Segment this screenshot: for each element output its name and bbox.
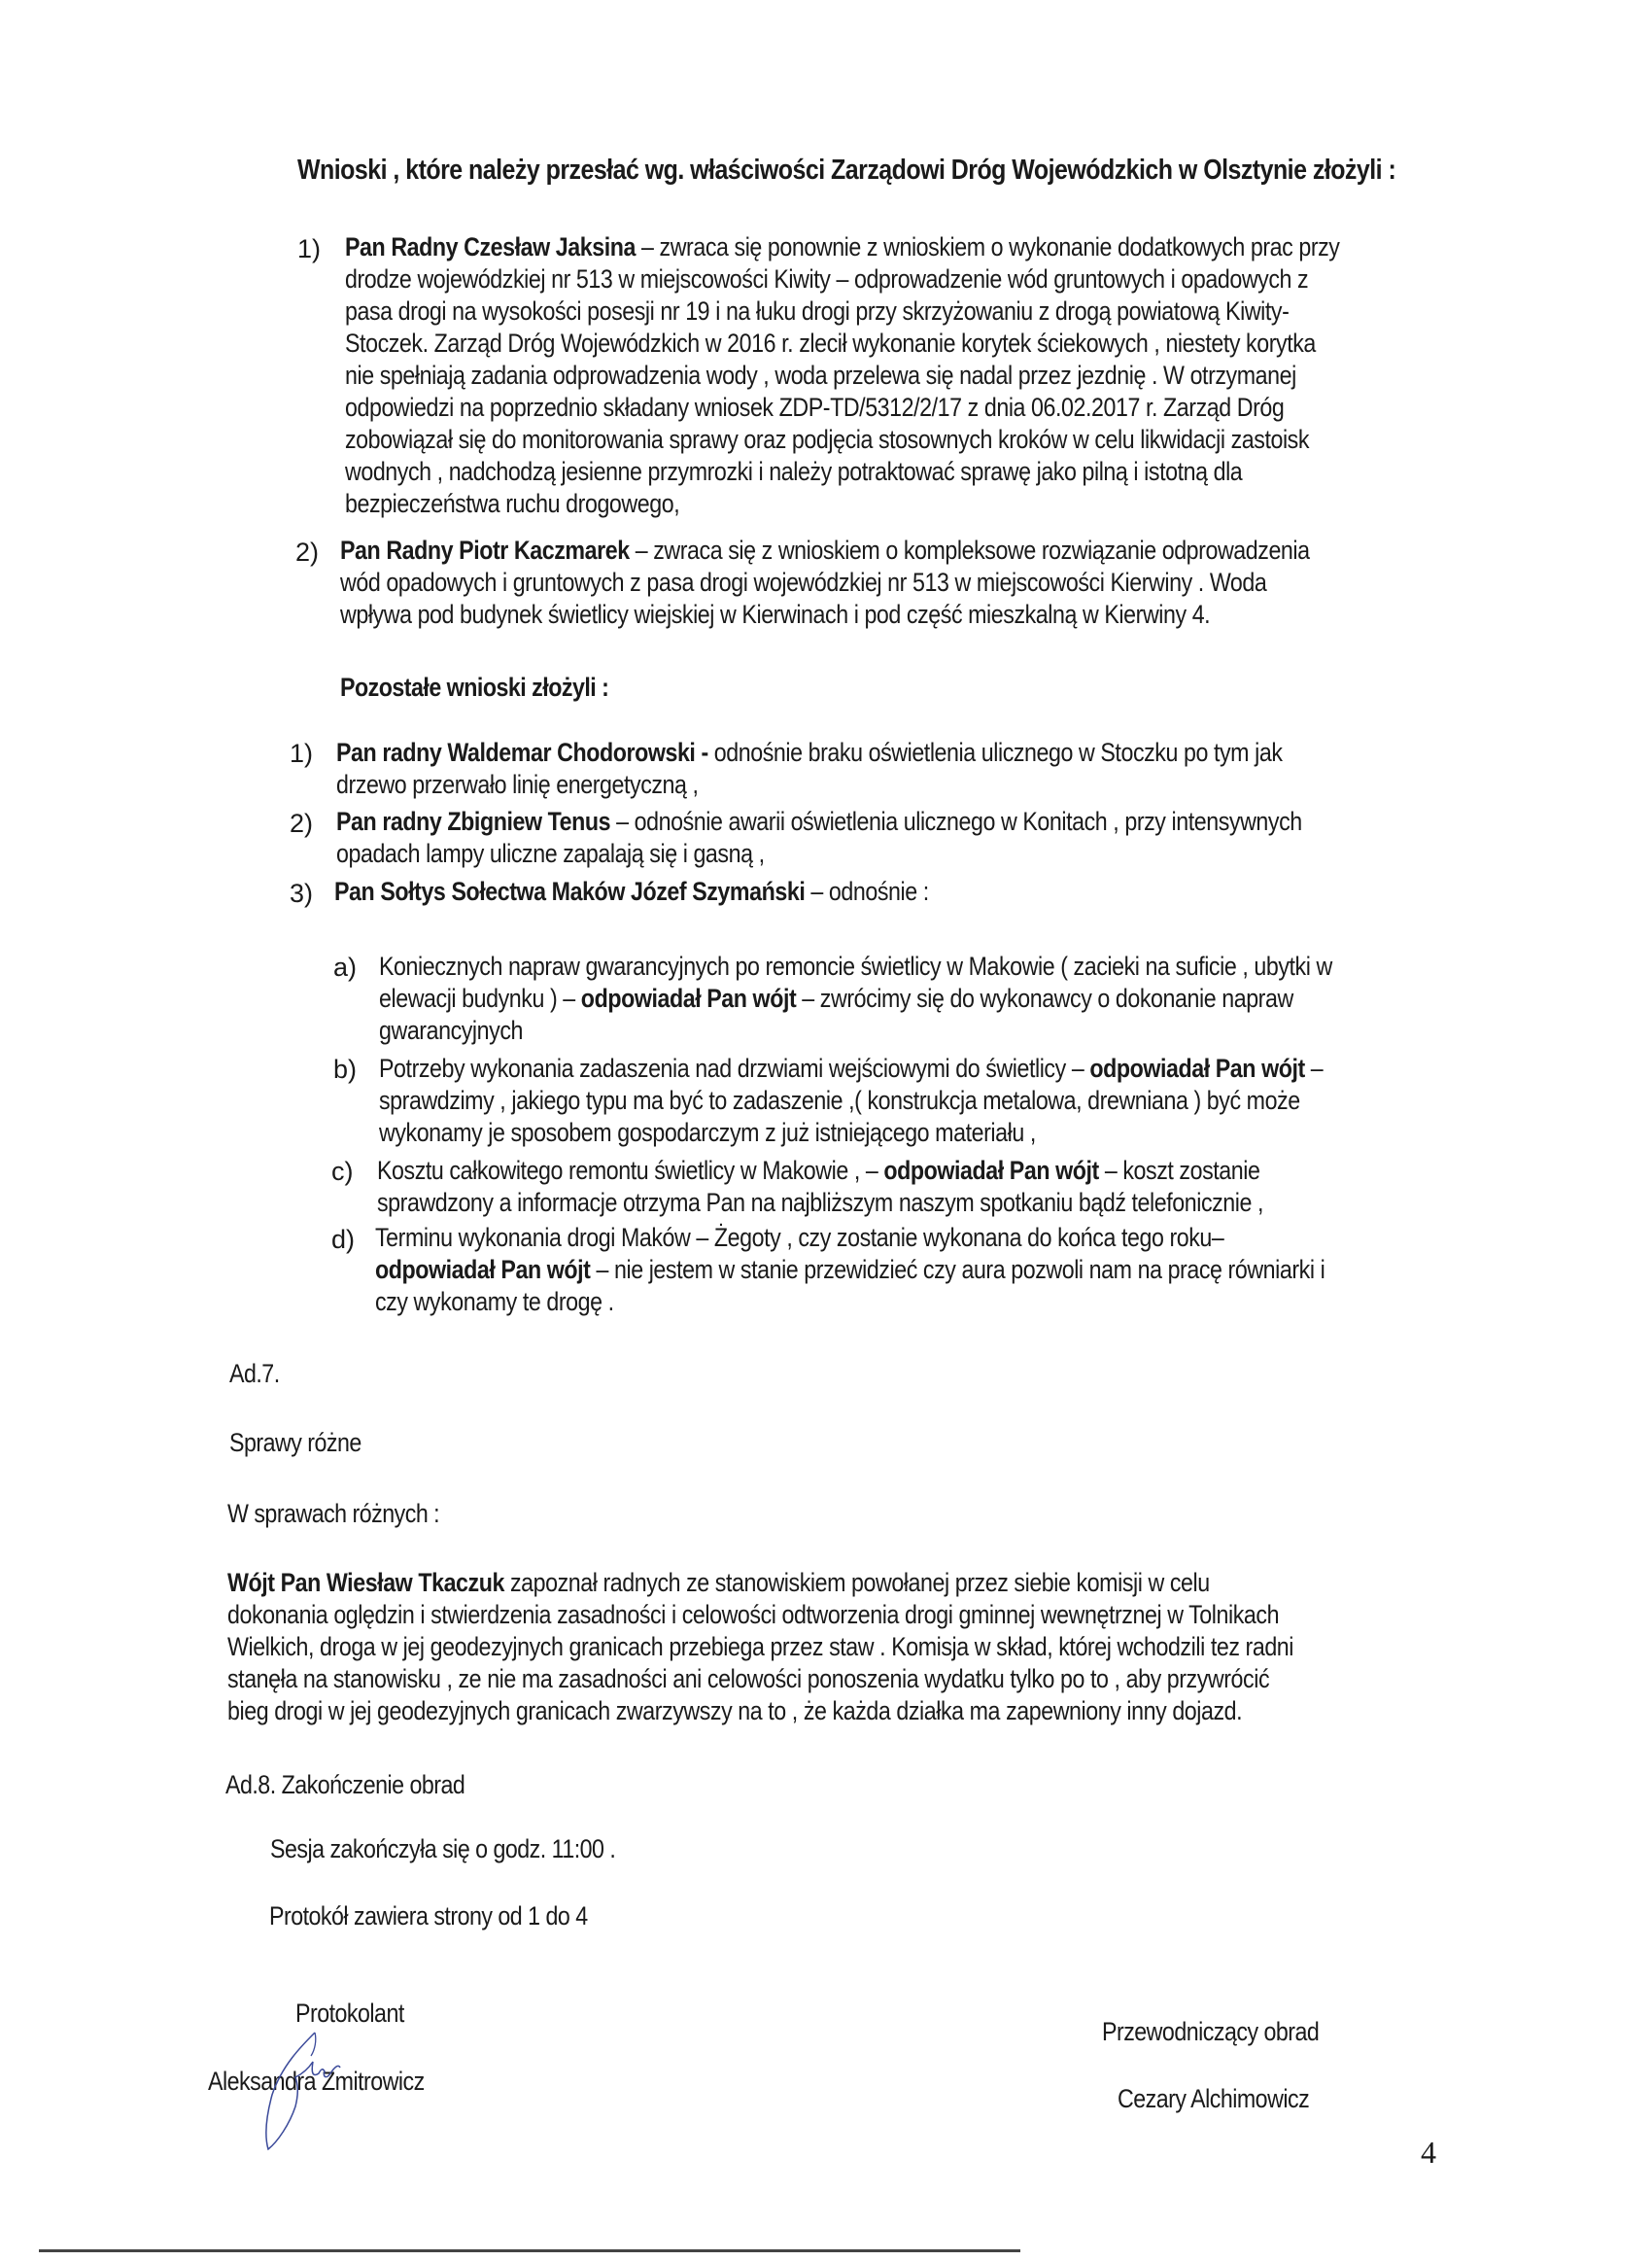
person-name: Pan Radny Czesław Jaksina (345, 232, 636, 261)
text-line: Terminu wykonania drogi Maków – Żegoty ,… (375, 1222, 1325, 1254)
document-page: Wnioski , które należy przesłać wg. właś… (0, 0, 1652, 2261)
text-line: Pan radny Waldemar Chodorowski - odnośni… (336, 737, 1283, 769)
page-number: 4 (1421, 2135, 1436, 2171)
text-line: bezpieczeństwa ruchu drogowego, (345, 488, 1339, 520)
text-line: gwarancyjnych (379, 1015, 1332, 1047)
text-line: Pan Sołtys Sołectwa Maków Józef Szymańsk… (334, 876, 929, 908)
person-name: Pan radny Zbigniew Tenus (336, 807, 610, 836)
text-line: Pan radny Zbigniew Tenus – odnośnie awar… (336, 806, 1302, 838)
sub-request-d: Terminu wykonania drogi Maków – Żegoty ,… (375, 1222, 1325, 1318)
zdw-request-1: Pan Radny Czesław Jaksina – zwraca się p… (345, 231, 1339, 520)
signature-icon (253, 2027, 389, 2153)
text-line: nie spełniają zadania odprowadzenia wody… (345, 360, 1339, 392)
text-line: Pan Radny Czesław Jaksina – zwraca się p… (345, 231, 1339, 263)
list-letter: c) (331, 1157, 354, 1187)
page-bottom-rule (39, 2249, 1020, 2252)
session-end-text: Sesja zakończyła się o godz. 11:00 . (270, 1832, 615, 1865)
text-line: drodze wojewódzkiej nr 513 w miejscowośc… (345, 263, 1339, 296)
text-line: odpowiadał Pan wójt – nie jestem w stani… (375, 1254, 1325, 1286)
other-request-1: Pan radny Waldemar Chodorowski - odnośni… (336, 737, 1283, 801)
heading-w-sprawach: W sprawach różnych : (227, 1497, 439, 1530)
text-line: stanęła na stanowisku , ze nie ma zasadn… (227, 1663, 1293, 1695)
text-line: wodnych , nadchodzą jesienne przymrozki … (345, 456, 1339, 488)
person-name: Pan radny Waldemar Chodorowski - (336, 738, 708, 767)
other-request-3: Pan Sołtys Sołectwa Maków Józef Szymańsk… (334, 876, 929, 908)
person-name: Pan Radny Piotr Kaczmarek (340, 536, 630, 565)
text-line: dokonania oględzin i stwierdzenia zasadn… (227, 1599, 1293, 1631)
heading-other-requests: Pozostałe wnioski złożyli : (340, 671, 608, 704)
chair-name: Cezary Alchimowicz (1118, 2082, 1309, 2115)
person-name: Pan Sołtys Sołectwa Maków Józef Szymańsk… (334, 877, 805, 906)
list-number: 1) (290, 739, 313, 769)
text-line: Wójt Pan Wiesław Tkaczuk zapoznał radnyc… (227, 1567, 1293, 1599)
text-line: bieg drogi w jej geodezyjnych granicach … (227, 1695, 1293, 1727)
sub-request-c: Kosztu całkowitego remontu świetlicy w M… (377, 1155, 1263, 1219)
person-name: Wójt Pan Wiesław Tkaczuk (227, 1568, 504, 1597)
text-line: drzewo przerwało linię energetyczną , (336, 769, 1283, 801)
text-line: elewacji budynku ) – odpowiadał Pan wójt… (379, 983, 1332, 1015)
text-line: Wielkich, droga w jej geodezyjnych grani… (227, 1631, 1293, 1663)
list-number: 3) (290, 879, 313, 909)
list-letter: a) (333, 953, 357, 983)
list-letter: d) (331, 1225, 355, 1255)
other-request-2: Pan radny Zbigniew Tenus – odnośnie awar… (336, 806, 1302, 870)
text-line: Stoczek. Zarząd Dróg Wojewódzkich w 2016… (345, 328, 1339, 360)
sub-request-a: Koniecznych napraw gwarancyjnych po remo… (379, 951, 1332, 1047)
list-letter: b) (333, 1055, 357, 1085)
zdw-request-2: Pan Radny Piotr Kaczmarek – zwraca się z… (340, 535, 1310, 631)
text-line: wód opadowych i gruntowych z pasa drogi … (340, 567, 1310, 599)
text-line: sprawdzimy , jakiego typu ma być to zada… (379, 1085, 1323, 1117)
text-line: zobowiązał się do monitorowania sprawy o… (345, 424, 1339, 456)
heading-sprawy-rozne: Sprawy różne (229, 1426, 361, 1459)
text-line: pasa drogi na wysokości posesji nr 19 i … (345, 296, 1339, 328)
text-line: Pan Radny Piotr Kaczmarek – zwraca się z… (340, 535, 1310, 567)
text-line: opadach lampy uliczne zapalają się i gas… (336, 838, 1302, 870)
text-line: wpływa pod budynek świetlicy wiejskiej w… (340, 599, 1310, 631)
list-number: 2) (290, 809, 313, 839)
text-line: Kosztu całkowitego remontu świetlicy w M… (377, 1155, 1263, 1187)
text-line: Potrzeby wykonania zadaszenia nad drzwia… (379, 1053, 1323, 1085)
protokolant-label: Protokolant (295, 1997, 404, 2030)
section-ad8: Ad.8. Zakończenie obrad (225, 1768, 465, 1801)
section-ad7: Ad.7. (229, 1357, 280, 1390)
list-number: 1) (297, 234, 321, 264)
heading-wnioski-zdw: Wnioski , które należy przesłać wg. właś… (297, 154, 1395, 187)
text-line: sprawdzony a informacje otrzyma Pan na n… (377, 1187, 1263, 1219)
pages-info-text: Protokół zawiera strony od 1 do 4 (269, 1899, 588, 1932)
wojt-statement: Wójt Pan Wiesław Tkaczuk zapoznał radnyc… (227, 1567, 1293, 1727)
text-line: odpowiedzi na poprzednio składany wniose… (345, 392, 1339, 424)
sub-request-b: Potrzeby wykonania zadaszenia nad drzwia… (379, 1053, 1323, 1149)
text-line: Koniecznych napraw gwarancyjnych po remo… (379, 951, 1332, 983)
chair-label: Przewodniczący obrad (1102, 2015, 1319, 2048)
text-line: czy wykonamy te drogę . (375, 1286, 1325, 1318)
text-line: wykonamy je sposobem gospodarczym z już … (379, 1117, 1323, 1149)
list-number: 2) (295, 538, 319, 568)
